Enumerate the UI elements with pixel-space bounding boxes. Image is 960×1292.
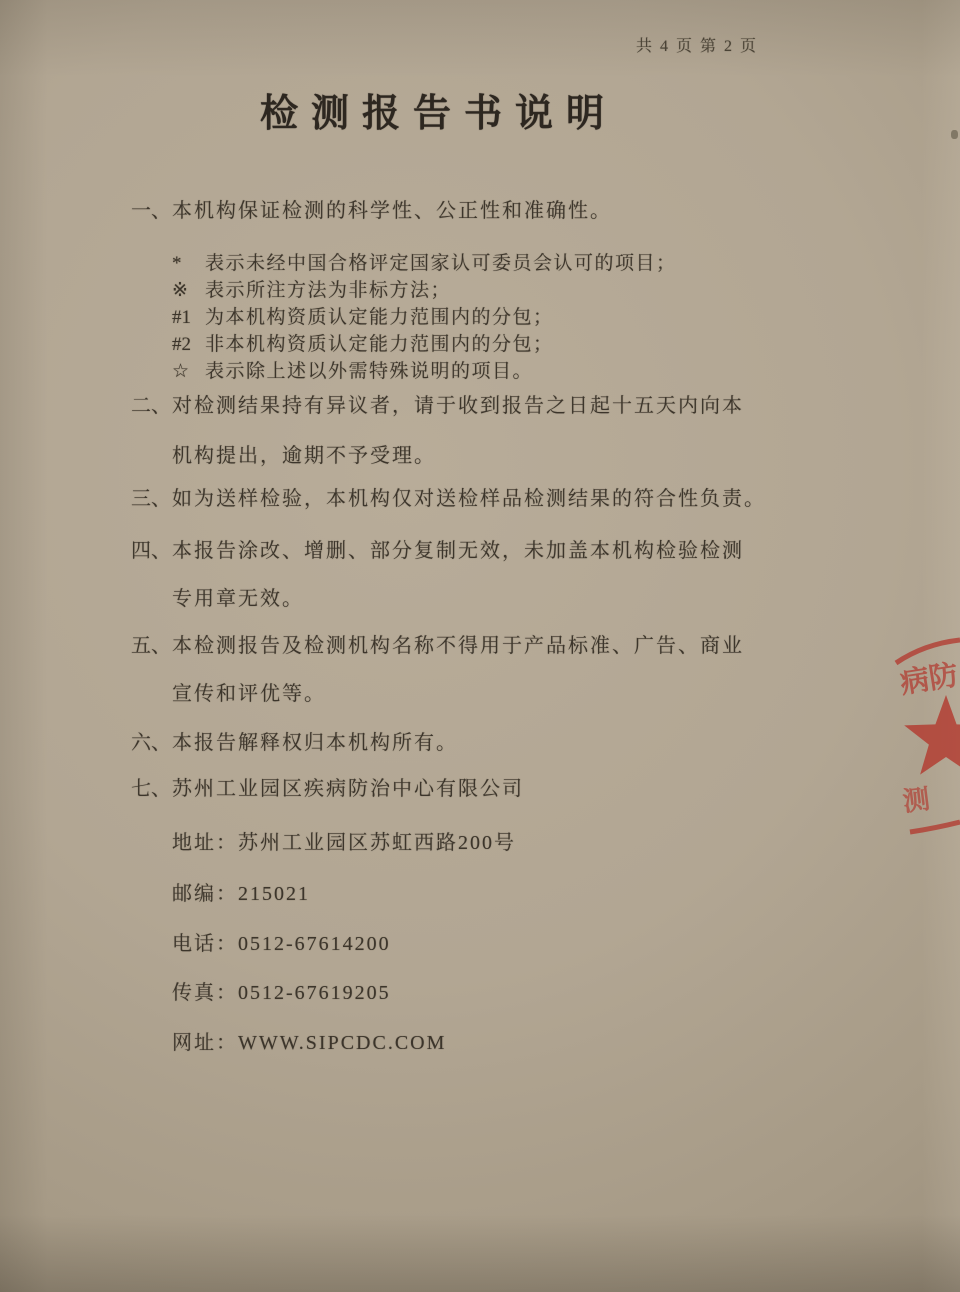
- item-2: 二、对检测结果持有异议者，请于收到报告之日起十五天内向本: [131, 389, 744, 418]
- item-3-marker: 三、: [131, 482, 172, 511]
- contact-phone: 电话：0512-67614200: [172, 927, 391, 956]
- item-6-marker: 六、: [131, 726, 172, 755]
- hash2-symbol: #2: [172, 334, 205, 356]
- item-4-line-2: 专用章无效。: [172, 582, 304, 611]
- hash1-symbol: #1: [172, 307, 205, 329]
- note-star: ☆表示除上述以外需特殊说明的项目。: [172, 356, 533, 383]
- seal-text-bottom: 测: [901, 784, 931, 817]
- item-1-text: 本机构保证检测的科学性、公正性和准确性。: [172, 200, 612, 222]
- item-3: 三、如为送样检验，本机构仅对送检样品检测结果的符合性负责。: [131, 482, 766, 511]
- note-subcontract-2-text: 非本机构资质认定能力范围内的分包；: [205, 334, 554, 355]
- page-title: 检测报告书说明: [260, 82, 617, 137]
- item-4-text: 本报告涂改、增删、部分复制无效，未加盖本机构检验检测: [172, 540, 744, 562]
- contact-website-label: 网址：: [172, 1032, 238, 1054]
- contact-website-value: WWW.SIPCDC.COM: [238, 1032, 446, 1054]
- item-5-marker: 五、: [131, 629, 172, 658]
- item-1: 一、本机构保证检测的科学性、公正性和准确性。: [131, 194, 612, 223]
- seal-text-top: 病防: [898, 658, 960, 700]
- contact-address-label: 地址：: [172, 832, 238, 854]
- page-number-info: 共 4 页 第 2 页: [636, 33, 758, 56]
- note-asterisk: *表示未经中国合格评定国家认可委员会认可的项目；: [172, 248, 677, 275]
- contact-website: 网址：WWW.SIPCDC.COM: [172, 1026, 446, 1055]
- item-4: 四、本报告涂改、增删、部分复制无效，未加盖本机构检验检测: [131, 534, 744, 563]
- note-subcontract-1: #1为本机构资质认定能力范围内的分包；: [172, 302, 554, 329]
- contact-postcode-label: 邮编：: [172, 883, 238, 905]
- seal-star-icon: [904, 695, 960, 775]
- note-reference-mark-text: 表示所注方法为非标方法；: [205, 280, 451, 301]
- contact-phone-label: 电话：: [172, 933, 238, 955]
- item-6-text: 本报告解释权归本机构所有。: [172, 732, 458, 754]
- contact-address: 地址：苏州工业园区苏虹西路200号: [172, 826, 516, 855]
- asterisk-symbol: *: [172, 253, 205, 275]
- note-reference-mark: ※表示所注方法为非标方法；: [172, 275, 451, 302]
- item-7-marker: 七、: [131, 772, 172, 801]
- item-3-text: 如为送样检验，本机构仅对送检样品检测结果的符合性负责。: [172, 488, 766, 510]
- contact-fax-label: 传真：: [172, 982, 238, 1004]
- item-7: 七、苏州工业园区疾病防治中心有限公司: [131, 772, 524, 801]
- contact-postcode-value: 215021: [238, 883, 310, 905]
- item-2-line-2: 机构提出，逾期不予受理。: [172, 439, 436, 468]
- red-seal-stamp: 病防 测: [882, 633, 960, 838]
- note-star-text: 表示除上述以外需特殊说明的项目。: [205, 361, 533, 382]
- item-4-marker: 四、: [131, 534, 172, 563]
- scanned-report-page: 共 4 页 第 2 页 检测报告书说明 一、本机构保证检测的科学性、公正性和准确…: [0, 0, 960, 1292]
- item-7-text: 苏州工业园区疾病防治中心有限公司: [172, 778, 524, 800]
- item-6: 六、本报告解释权归本机构所有。: [131, 726, 458, 755]
- contact-fax-value: 0512-67619205: [238, 982, 391, 1004]
- note-subcontract-2: #2非本机构资质认定能力范围内的分包；: [172, 329, 554, 356]
- reference-mark-symbol: ※: [172, 279, 205, 302]
- contact-fax: 传真：0512-67619205: [172, 976, 391, 1005]
- item-1-marker: 一、: [131, 194, 172, 223]
- item-2-text: 对检测结果持有异议者，请于收到报告之日起十五天内向本: [172, 395, 744, 417]
- item-5: 五、本检测报告及检测机构名称不得用于产品标准、广告、商业: [131, 629, 744, 658]
- note-subcontract-1-text: 为本机构资质认定能力范围内的分包；: [205, 307, 554, 328]
- white-star-symbol: ☆: [172, 360, 205, 383]
- contact-phone-value: 0512-67614200: [238, 933, 391, 955]
- item-2-marker: 二、: [131, 389, 172, 418]
- paper-speck: [951, 130, 958, 139]
- item-5-text: 本检测报告及检测机构名称不得用于产品标准、广告、商业: [172, 635, 744, 657]
- contact-postcode: 邮编：215021: [172, 877, 310, 906]
- note-asterisk-text: 表示未经中国合格评定国家认可委员会认可的项目；: [205, 253, 677, 274]
- contact-address-value: 苏州工业园区苏虹西路200号: [238, 832, 516, 854]
- item-5-line-2: 宣传和评优等。: [172, 677, 326, 706]
